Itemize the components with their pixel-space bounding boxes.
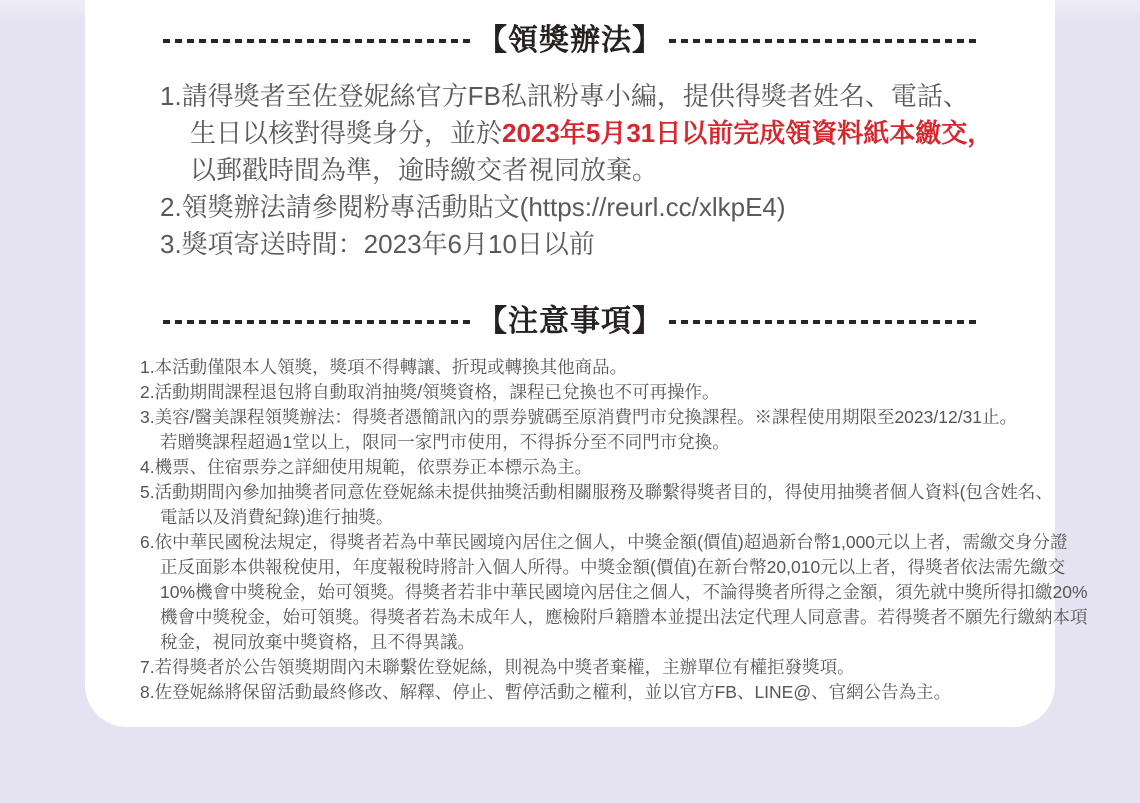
claim-item-1-line-2: 生日以核對得獎身分，並於2023年5月31日以前完成領資料紙本繳交，	[160, 115, 970, 152]
claim-list: 1.請得獎者至佐登妮絲官方FB私訊粉專小編，提供得獎者姓名、電話、 生日以核對得…	[160, 78, 970, 263]
dashed-line-left	[163, 320, 471, 324]
claim-item-1: 1.請得獎者至佐登妮絲官方FB私訊粉專小編，提供得獎者姓名、電話、 生日以核對得…	[160, 78, 970, 189]
notice-item-2: 2.活動期間課程退包將自動取消抽獎/領獎資格，課程已兌換也不可再操作。	[140, 380, 1000, 405]
notice-item-5-line-1: 5.活動期間內參加抽獎者同意佐登妮絲未提供抽獎活動相關服務及聯繫得獎者目的，得使…	[140, 480, 1000, 505]
claim-item-1-line-1: 1.請得獎者至佐登妮絲官方FB私訊粉專小編，提供得獎者姓名、電話、	[160, 78, 970, 115]
page-background: { "colors": { "background": "#e5e3f1", "…	[0, 0, 1140, 803]
dashed-line-right	[669, 39, 977, 43]
notice-item-6: 6.依中華民國稅法規定，得獎者若為中華民國境內居住之個人，中獎金額(價值)超過新…	[140, 530, 1000, 655]
notice-item-5: 5.活動期間內參加抽獎者同意佐登妮絲未提供抽獎活動相關服務及聯繫得獎者目的，得使…	[140, 480, 1000, 530]
claim-item-3: 3.獎項寄送時間：2023年6月10日以前	[160, 226, 970, 263]
section-title-claim: 【領獎辦法】	[471, 22, 669, 60]
claim-item-2: 2.領獎辦法請參閱粉專活動貼文(https://reurl.cc/xlkpE4)	[160, 189, 970, 226]
notice-item-3-line-2: 若贈獎課程超過1堂以上，限同一家門市使用，不得拆分至不同門市兌換。	[140, 430, 1000, 455]
notice-item-6-line-4: 機會中獎稅金，始可領獎。得獎者若為未成年人，應檢附戶籍謄本並提出法定代理人同意書…	[140, 605, 1000, 630]
deadline-highlight: 2023年5月31日以前完成領資料紙本繳交，	[502, 118, 993, 148]
notice-item-1: 1.本活動僅限本人領獎，獎項不得轉讓、折現或轉換其他商品。	[140, 355, 1000, 380]
notice-item-6-line-2: 正反面影本供報稅使用，年度報稅時將計入個人所得。中獎金額(價值)在新台幣20,0…	[140, 555, 1000, 580]
notice-item-6-line-3: 10%機會中獎稅金，始可領獎。得獎者若非中華民國境內居住之個人，不論得獎者所得之…	[140, 580, 1000, 605]
notice-item-8: 8.佐登妮絲將保留活動最終修改、解釋、停止、暫停活動之權利，並以官方FB、LIN…	[140, 680, 1000, 705]
content-card: 【領獎辦法】 1.請得獎者至佐登妮絲官方FB私訊粉專小編，提供得獎者姓名、電話、…	[85, 0, 1055, 727]
notice-item-8-line-1: 8.佐登妮絲將保留活動最終修改、解釋、停止、暫停活動之權利，並以官方FB、LIN…	[140, 680, 1000, 705]
notice-item-7: 7.若得獎者於公告領獎期間內未聯繫佐登妮絲，則視為中獎者棄權，主辦單位有權拒發獎…	[140, 655, 1000, 680]
section-header-notice: 【注意事項】	[163, 303, 977, 341]
notice-item-3-line-1: 3.美容/醫美課程領獎辦法：得獎者憑簡訊內的票券號碼至原消費門市兌換課程。※課程…	[140, 405, 1000, 430]
claim-item-1-line-2-text: 生日以核對得獎身分，並於	[190, 118, 502, 148]
notice-item-3: 3.美容/醫美課程領獎辦法：得獎者憑簡訊內的票券號碼至原消費門市兌換課程。※課程…	[140, 405, 1000, 455]
notice-item-6-line-5: 稅金，視同放棄中獎資格，且不得異議。	[140, 630, 1000, 655]
notice-item-1-line-1: 1.本活動僅限本人領獎，獎項不得轉讓、折現或轉換其他商品。	[140, 355, 1000, 380]
notice-item-7-line-1: 7.若得獎者於公告領獎期間內未聯繫佐登妮絲，則視為中獎者棄權，主辦單位有權拒發獎…	[140, 655, 1000, 680]
notice-item-4: 4.機票、住宿票券之詳細使用規範，依票券正本標示為主。	[140, 455, 1000, 480]
notice-item-2-line-1: 2.活動期間課程退包將自動取消抽獎/領獎資格，課程已兌換也不可再操作。	[140, 380, 1000, 405]
notice-item-6-line-1: 6.依中華民國稅法規定，得獎者若為中華民國境內居住之個人，中獎金額(價值)超過新…	[140, 530, 1000, 555]
claim-item-1-line-3: 以郵戳時間為準，逾時繳交者視同放棄。	[160, 152, 970, 189]
notice-item-5-line-2: 電話以及消費紀錄)進行抽獎。	[140, 505, 1000, 530]
notice-list: 1.本活動僅限本人領獎，獎項不得轉讓、折現或轉換其他商品。 2.活動期間課程退包…	[140, 355, 1000, 705]
dashed-line-left	[163, 39, 471, 43]
dashed-line-right	[669, 320, 977, 324]
notice-item-4-line-1: 4.機票、住宿票券之詳細使用規範，依票券正本標示為主。	[140, 455, 1000, 480]
section-header-claim: 【領獎辦法】	[163, 0, 977, 60]
section-title-notice: 【注意事項】	[471, 303, 669, 341]
